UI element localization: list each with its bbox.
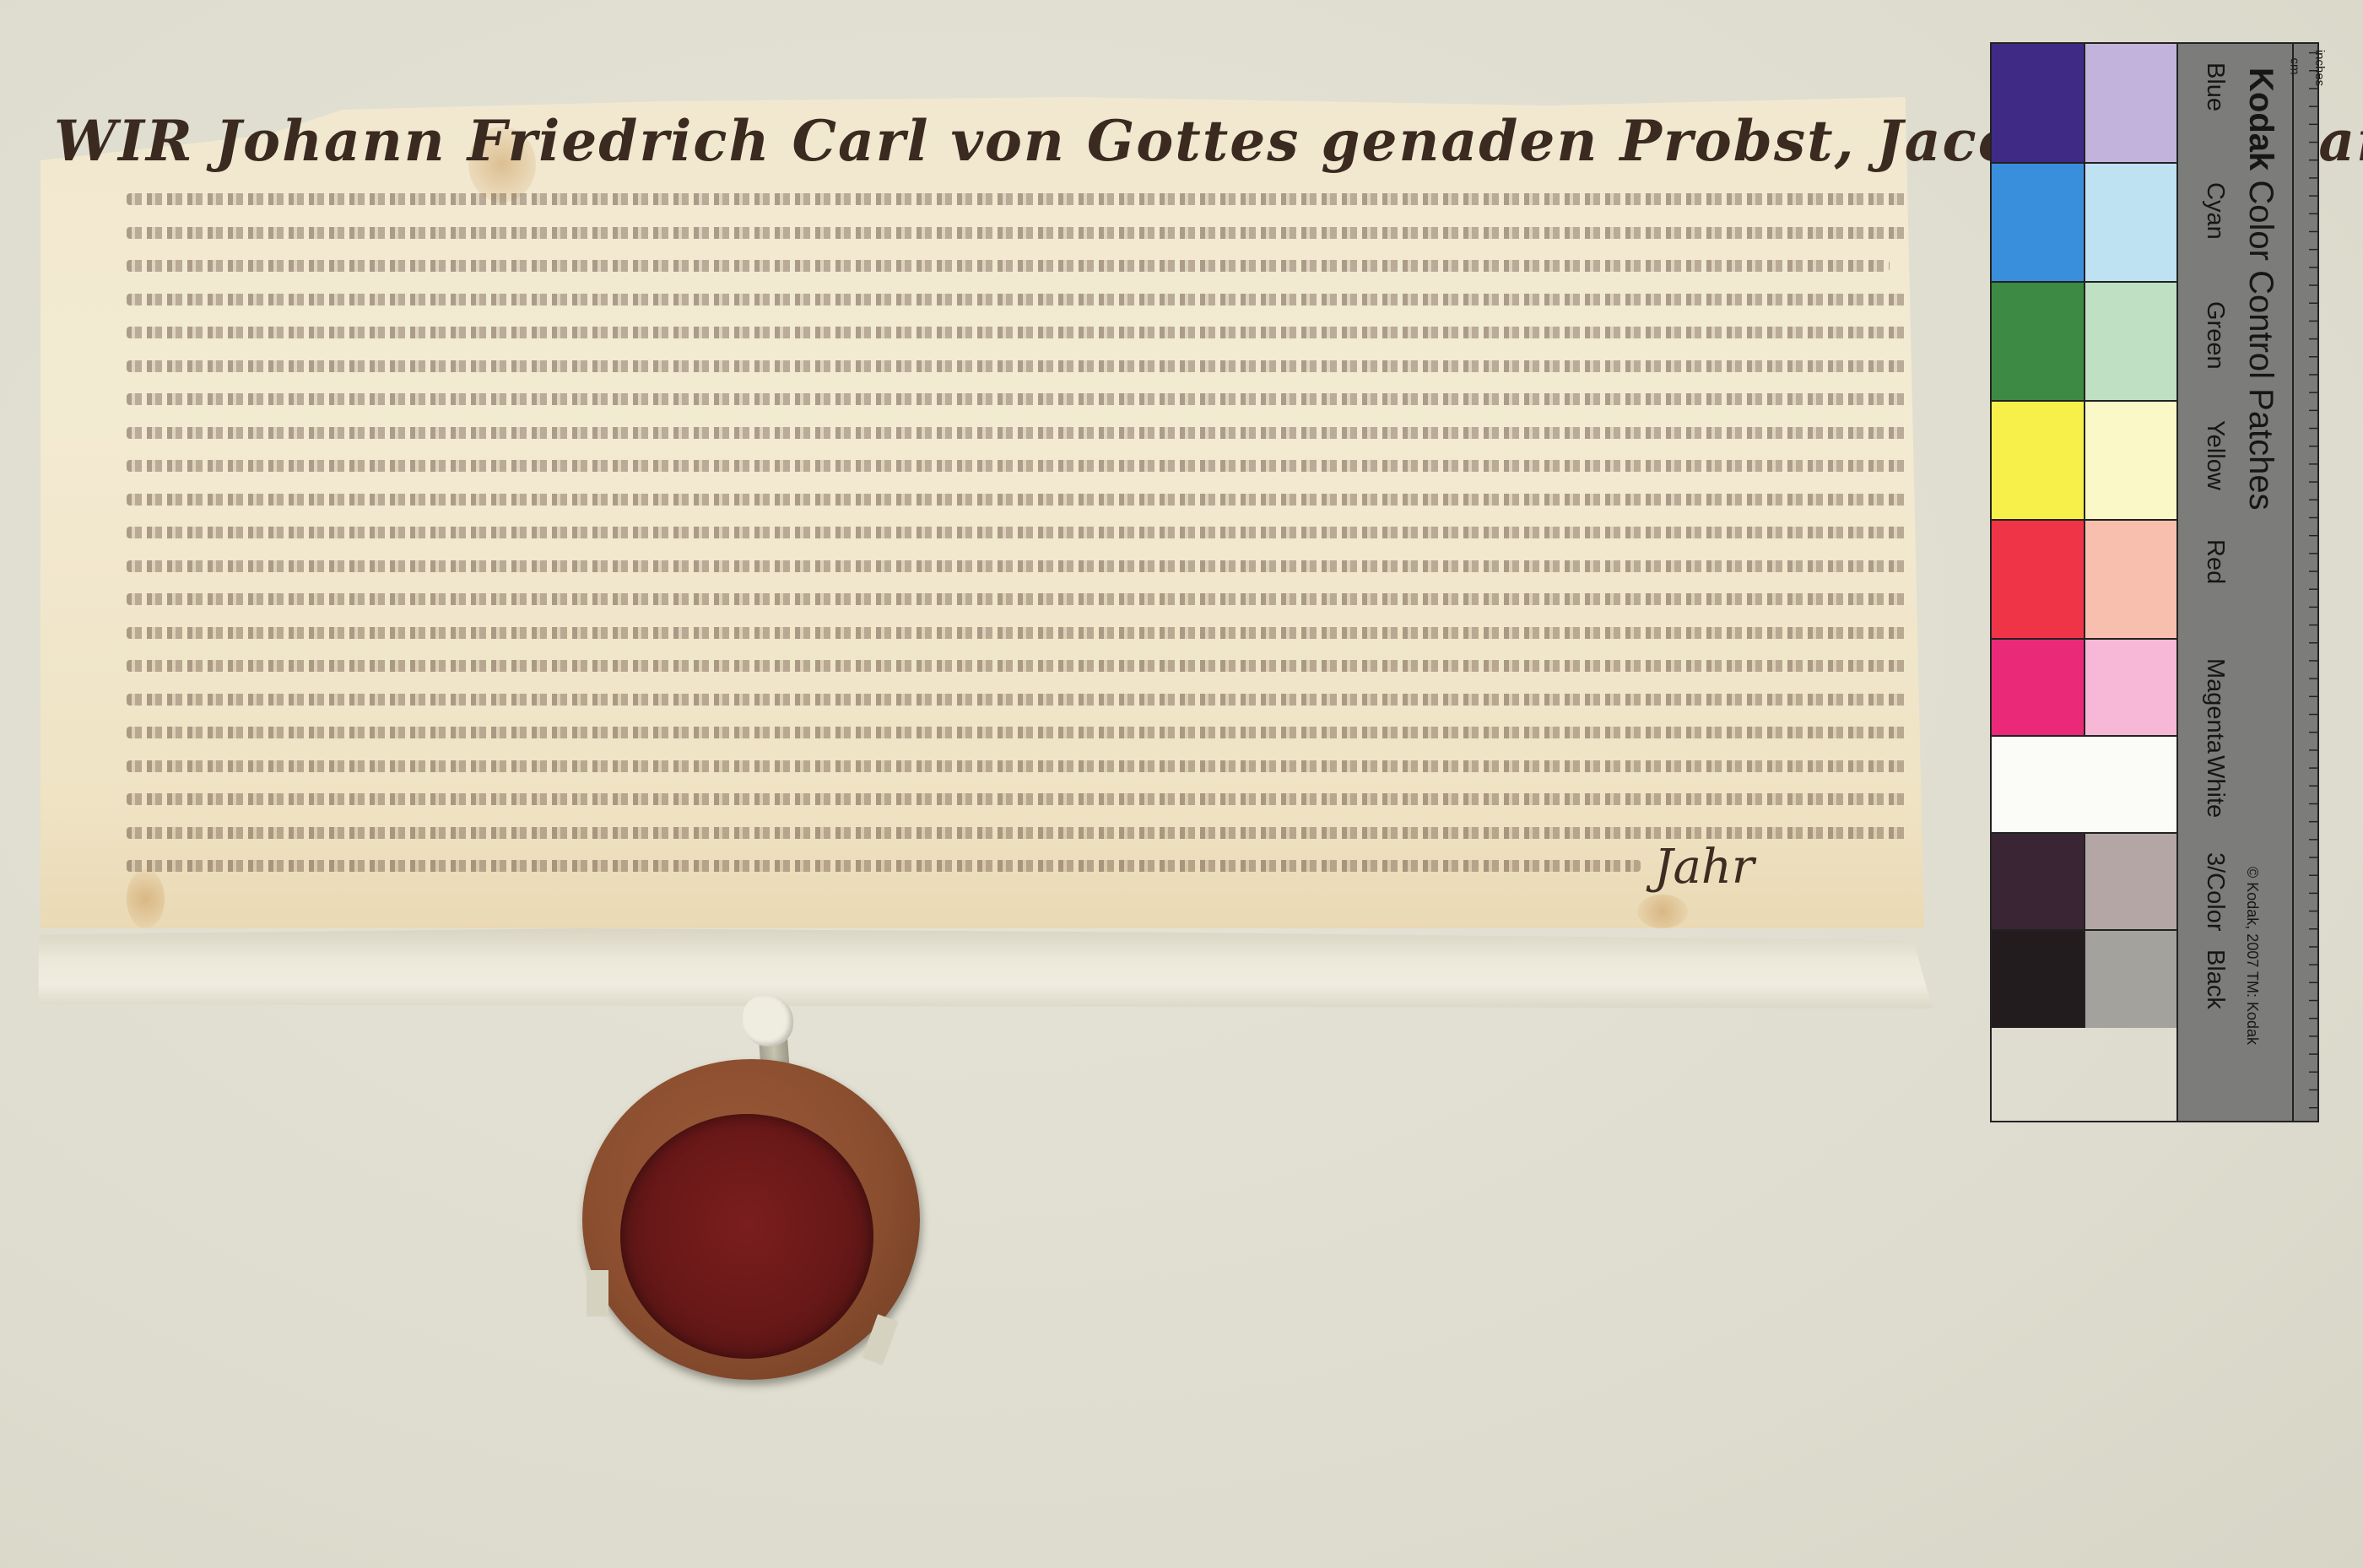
patch-labels: BlueCyanGreenYellowRedMagentaWhite3/Colo…: [2201, 62, 2229, 1046]
patch-yellow: [1992, 402, 2176, 521]
plica-fold: [0, 928, 1933, 1008]
kodak-brand: Kodak Color Control Patches: [2241, 68, 2279, 511]
patch-blue: [1992, 44, 2176, 164]
charter-heading: WIR Johann Friedrich Carl von Gottes gen…: [54, 108, 1911, 174]
charter-body-script: [127, 181, 1907, 882]
kodak-copyright: © Kodak, 2007 TM: Kodak: [2243, 867, 2261, 1045]
patch-white: [1992, 737, 2176, 834]
strap-knot: [743, 996, 793, 1046]
color-patches: [1990, 42, 2178, 1122]
patch-green: [1992, 283, 2176, 402]
charter-second-line: unnd gemaingelich der ganntze Convent de…: [127, 190, 1899, 208]
kodak-label-band: Kodak Color Control Patches BlueCyanGree…: [2178, 42, 2319, 1122]
kodak-color-target: Kodak Color Control Patches BlueCyanGree…: [1990, 42, 2319, 1122]
stain: [1637, 895, 1688, 928]
ruler-scale: [2292, 44, 2317, 1121]
seal-tag: [587, 1270, 608, 1317]
patch-magenta: [1992, 640, 2176, 737]
patch-3color: [1992, 834, 2176, 931]
patch-black: [1992, 931, 2176, 1028]
wax-seal: [620, 1114, 873, 1359]
patch-cyan: [1992, 164, 2176, 283]
closing-flourish: Jahr: [1654, 840, 1755, 895]
patch-red: [1992, 521, 2176, 640]
